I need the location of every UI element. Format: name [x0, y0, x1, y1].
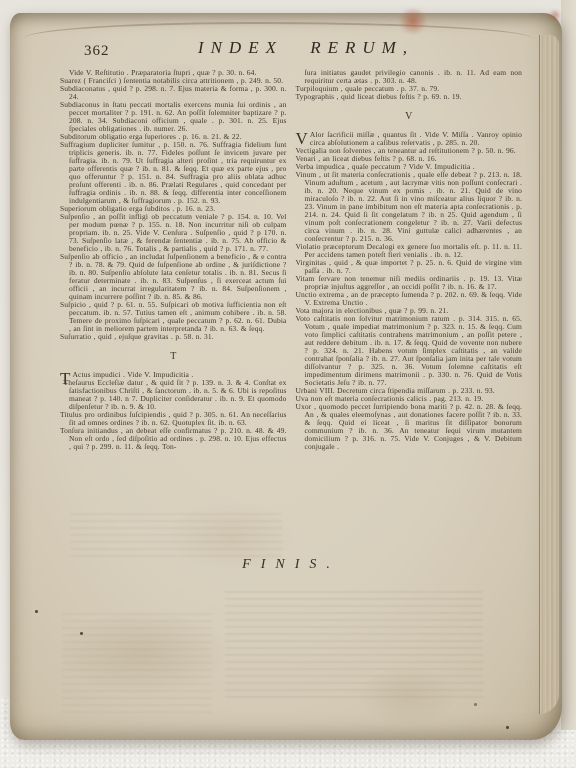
adjacent-page-edge — [561, 0, 576, 730]
photo-background: 362 INDEX RERUM, Vide V. Reſtitutio . Pr… — [0, 0, 576, 768]
index-entry: Uxor , quomodo peccet ſurripiendo bona m… — [296, 403, 523, 451]
bleedthrough-text — [70, 513, 282, 559]
right-column: ſura initiatus gaudet privilegio canonis… — [296, 69, 523, 451]
ink-speck — [80, 632, 83, 635]
bleedthrough-text — [225, 591, 483, 703]
index-entry: Suſurratio , quid , ejuſque gravitas . p… — [60, 333, 287, 341]
ink-speck — [506, 726, 509, 729]
index-entry: Subdiaconatus , quid ? p. 298. n. 7. Eju… — [60, 85, 287, 101]
index-entry: Vinum , ut ſit materia conſecrationis , … — [296, 171, 523, 243]
index-entry: Typographis , quid liceat diebus feſtis … — [296, 93, 523, 101]
index-entry: Tonſura initiandus , an debeat eſſe conf… — [60, 427, 287, 451]
index-entry: Suſpenſio , an poſſit infligi ob peccatu… — [60, 213, 287, 253]
section-letter: T — [60, 352, 287, 362]
index-entry: Suſpenſio ab officio , an includat ſuſpe… — [60, 253, 287, 301]
index-entry: Subdiaconus in ſtatu peccati mortalis ex… — [60, 101, 287, 133]
index-entry: Virginitas , quid , & quæ importet ? p. … — [296, 259, 523, 275]
red-stain — [398, 7, 428, 35]
book-page: 362 INDEX RERUM, Vide V. Reſtitutio . Pr… — [10, 13, 562, 740]
ink-speck — [35, 610, 38, 613]
dropcap-initial: V — [296, 131, 310, 146]
index-entry: Suſpicio , quid ? p. 61. n. 55. Suſpicar… — [60, 301, 287, 333]
section-letter: V — [296, 112, 523, 122]
bleedthrough-text — [62, 613, 212, 713]
left-column: Vide V. Reſtitutio . Præparatoria ſtupri… — [60, 69, 287, 451]
page-title: INDEX RERUM, — [80, 38, 532, 58]
index-columns: Vide V. Reſtitutio . Præparatoria ſtupri… — [60, 69, 522, 451]
page-fore-edge — [539, 35, 559, 714]
red-stain-small — [548, 9, 562, 21]
ink-speck — [474, 703, 477, 706]
index-entry: Titulus pro ordinibus ſuſcipiendis , qui… — [60, 411, 287, 427]
index-entry: Vitam ſervare non tenemur niſi mediis or… — [296, 275, 523, 291]
index-entry: VAlor ſacrificii miſſæ , quantus ſit . V… — [296, 131, 523, 147]
index-entry: Voto caſtitatis non ſolvitur matrimonium… — [296, 315, 523, 387]
index-entry: Unctio extrema , an de præcepto ſumenda … — [296, 291, 523, 307]
index-entry: Violatio præceptorum Decalogi ex genere … — [296, 243, 523, 259]
index-entry: ſura initiatus gaudet privilegio canonis… — [296, 69, 523, 85]
finis-label: FINIS. — [60, 557, 522, 573]
index-entry: Suffragium dupliciter ſumitur , p. 150. … — [60, 141, 287, 205]
index-entry: Theſaurus Eccleſiæ datur , & quid ſit ? … — [60, 379, 287, 411]
